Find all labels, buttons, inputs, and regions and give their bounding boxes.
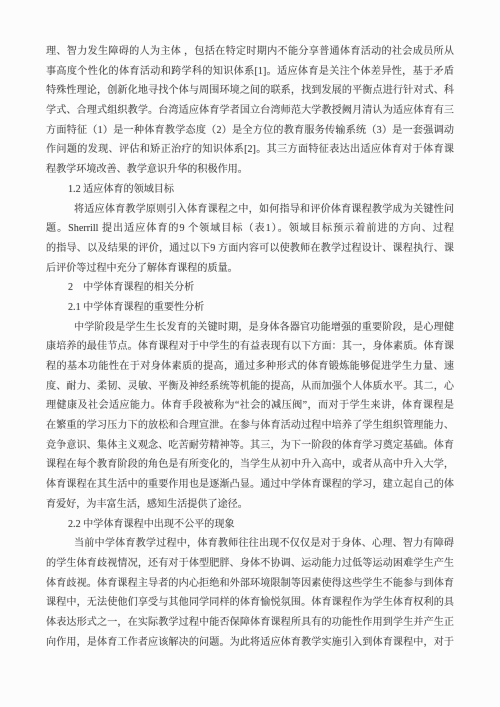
text-line: 程教学环境改善、教学意识升华的积极作用。	[46, 160, 454, 180]
text-line: 课程在每个教育阶段的角色是有所变化的，当学生从初中升入高中，或者从高中升入大学，	[46, 455, 454, 475]
text-line: 竞争意识、集体主义观念、吃苦耐劳精神等。其三，为下一阶段的体育学习奠定基础。体育	[46, 436, 454, 456]
text-line: 特殊性理论，创新化地寻找个体与周围环境之间的联系，找到发展的平衡点进行针对式、科	[46, 81, 454, 101]
text-line: 作问题的发现、评估和矫正治疗的知识体系[2]。其三方面特征表达出适应体育对于体育…	[46, 140, 454, 160]
document-body: 理、智力发生障碍的人为主体 ，包括在特定时期内不能分享普通体育活动的社会成员所从…	[46, 42, 454, 652]
text-line: 体育课程在其生活中的重要作用也是逐渐凸显。通过中学体育课程的学习，建立起自己的体	[46, 475, 454, 495]
section-heading: 2.1 中学体育课程的重要性分析	[46, 298, 454, 318]
text-line: 当前中学体育教学过程中，体育教师往往出现不仅仅是对于身体、心理、智力有障碍	[46, 534, 454, 554]
text-line: 方面特征（1）是一种体育教学态度（2）是全方位的教育服务传输系统（3）是一套强调…	[46, 121, 454, 141]
section-heading: 2.2 中学体育课程中出现不公平的现象	[46, 515, 454, 535]
text-line: 题。Sherrill 提出适应体育的9 个领域目标（表1）。领域目标预示着前进的…	[46, 219, 454, 239]
section-heading: 1.2 适应体育的领域目标	[46, 180, 454, 200]
text-line: 理、智力发生障碍的人为主体 ，包括在特定时期内不能分享普通体育活动的社会成员所从	[46, 42, 454, 62]
section-heading: 2 中学体育课程的相关分析	[46, 278, 454, 298]
text-line: 的指导、以及结果的评价，通过以下9 方面内容可以使教师在教学过程设计、课程执行、…	[46, 239, 454, 259]
document-page: 理、智力发生障碍的人为主体 ，包括在特定时期内不能分享普通体育活动的社会成员所从…	[0, 0, 500, 707]
text-line: 事高度个性化的体育活动和跨学科的知识体系[1]。适应体育是关注个体差异性，基于矛…	[46, 62, 454, 82]
text-line: 中学阶段是学生生长发育的关键时期，是身体各器官功能增强的重要阶段，是心理健	[46, 318, 454, 338]
text-line: 课程中，无法使他们享受与其他同学同样的体育愉悦氛围。体育课程作为学生体育权利的具	[46, 593, 454, 613]
text-line: 程的基本功能性在于对身体素质的提高，通过多种形式的体育锻炼能够促进学生力量、速	[46, 357, 454, 377]
text-line: 在繁重的学习压力下的放松和合理宣泄。在参与体育活动过程中培养了学生组织管理能力、	[46, 416, 454, 436]
text-line: 体育歧视。体育课程主导者的内心拒绝和外部环境限制等因素使得这些学生不能参与到体育	[46, 574, 454, 594]
text-line: 学式、合理式组织教学。台湾适应体育学者国立台湾师范大学教授阙月清认为适应体育有三	[46, 101, 454, 121]
text-line: 体表达形式之一，在实际教学过程中能否保障体育课程所具有的功能性作用到学生并产生正	[46, 613, 454, 633]
text-line: 向作用，是体育工作者应该解决的问题。为此将适应体育教学实施引入到体育课程中，对于	[46, 633, 454, 653]
text-line: 将适应体育教学原则引入体育课程之中，如何指导和评价体育课程教学成为关键性问	[46, 200, 454, 220]
text-line: 育爱好，为丰富生活，感知生活提供了途径。	[46, 495, 454, 515]
text-line: 理健康及社会适应能力。体育手段被称为“社会的减压阀”，而对于学生来讲，体育课程是	[46, 396, 454, 416]
text-line: 康培养的最佳节点。体育课程对于中学生的有益表现有以下方面：其一，身体素质。体育课	[46, 337, 454, 357]
text-line: 的学生体育歧视情况，还有对于体型肥胖、身体不协调、运动能力过低等运动困难学生产生	[46, 554, 454, 574]
text-line: 度、耐力、柔韧、灵敏、平衡及神经系统等机能的提高，从而加强个人体质水平。其二，心	[46, 377, 454, 397]
text-line: 后评价等过程中充分了解体育课程的质量。	[46, 259, 454, 279]
